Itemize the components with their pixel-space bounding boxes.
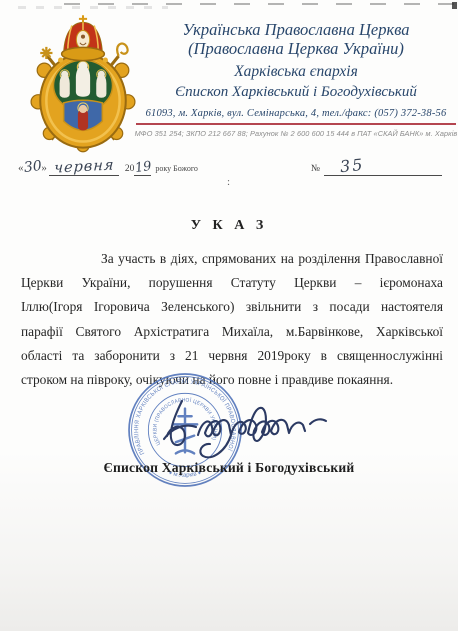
body-line: Іллю(Ігоря Ігоровича Зеленського) звільн… bbox=[21, 295, 443, 319]
signature-end-flourish bbox=[310, 419, 326, 424]
signature-flourish bbox=[164, 426, 196, 439]
number-sign: № bbox=[311, 164, 320, 174]
crozier-icon bbox=[117, 44, 127, 56]
handwritten-month: червня bbox=[53, 157, 114, 176]
signature-descender bbox=[200, 435, 231, 457]
era-label: року Божого bbox=[155, 164, 198, 173]
body-line: Церкви України, порушення Статуту Церкви… bbox=[21, 271, 443, 295]
scan-smudge-artifact bbox=[18, 6, 168, 9]
bank-details-line: МФО 351 254; ЗКПО 212 667 88; Рахунок № … bbox=[134, 129, 458, 138]
printed-century: 20 bbox=[125, 164, 135, 174]
scan-edge-artifact bbox=[64, 3, 454, 5]
body-line: За участь в діях, спрямованих на розділе… bbox=[21, 247, 443, 271]
decree-title: У К А З bbox=[0, 218, 458, 234]
decree-body: За участь в діях, спрямованих на розділе… bbox=[21, 247, 443, 392]
eparchy-coat-of-arms-icon bbox=[27, 15, 139, 153]
scanned-decree-page: Українська Православна Церква (Православ… bbox=[0, 0, 458, 631]
scan-colon-artifact: : bbox=[227, 176, 230, 188]
signature-initial bbox=[167, 401, 185, 445]
body-line: парафії Святого Архістратига Михаїла, м.… bbox=[21, 320, 443, 344]
body-line: області та заборонити з 21 червня 2019ро… bbox=[21, 344, 443, 368]
crown-cross-icon bbox=[79, 15, 87, 22]
signoff-name: Єпископ Харківський і Богодухівський bbox=[0, 460, 458, 476]
church-name-line2: (Православна Церква України) bbox=[134, 39, 458, 58]
year-blank: 19 bbox=[134, 160, 151, 176]
eparchy-name: Харківська єпархія bbox=[134, 63, 458, 81]
church-name-line1: Українська Православна Церква bbox=[134, 20, 458, 39]
signature-main-strokes bbox=[198, 408, 305, 441]
bishop-title: Єпископ Харківський і Богодухівський bbox=[134, 83, 458, 101]
budded-cross-icon bbox=[40, 47, 52, 59]
month-blank: червня bbox=[49, 159, 119, 176]
handwritten-day: 30 bbox=[23, 158, 43, 176]
handwritten-year: 19 bbox=[134, 159, 152, 176]
handwritten-number: 35 bbox=[339, 155, 365, 176]
scan-corner-mark bbox=[452, 2, 457, 9]
number-blank: 35 bbox=[324, 156, 442, 176]
date-number-row: « 30 » червня 20 19 року Божого № 35 bbox=[18, 156, 442, 176]
address-line: 61093, м. Харків, вул. Семінарська, 4, т… bbox=[134, 107, 458, 120]
letterhead: Українська Православна Церква (Православ… bbox=[134, 20, 458, 138]
bishop-signature bbox=[152, 383, 348, 467]
red-divider-rule bbox=[136, 123, 456, 125]
